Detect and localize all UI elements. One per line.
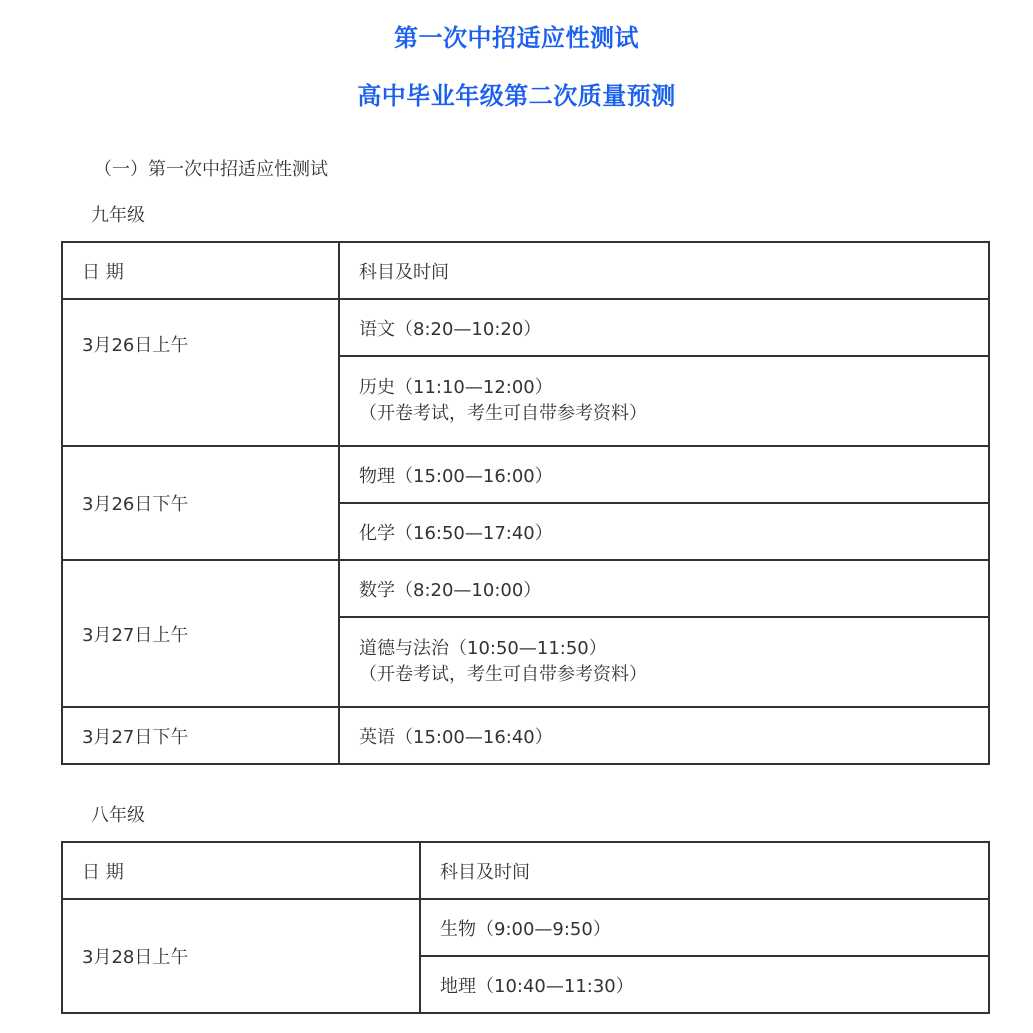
page-title: 第一次中招适应性测试 — [0, 18, 1033, 53]
table-header-row: 日 期 科目及时间 — [62, 842, 989, 899]
subject-cell: 化学（16:50—17:40） — [339, 503, 989, 560]
header-subject: 科目及时间 — [339, 242, 989, 299]
date-cell: 3月28日上午 — [62, 899, 420, 1013]
table-row: 3月26日上午 语文（8:20—10:20） — [62, 299, 989, 356]
subject-cell: 数学（8:20—10:00） — [339, 560, 989, 617]
header-date: 日 期 — [62, 842, 420, 899]
table-row: 3月28日上午 生物（9:00—9:50） — [62, 899, 989, 956]
table-row: 3月27日上午 数学（8:20—10:00） — [62, 560, 989, 617]
subject-cell: 语文（8:20—10:20） — [339, 299, 989, 356]
subject-cell: 生物（9:00—9:50） — [420, 899, 989, 956]
grade8-schedule-table: 日 期 科目及时间 3月28日上午 生物（9:00—9:50） 地理（10:40… — [61, 841, 990, 1014]
grade9-schedule-table: 日 期 科目及时间 3月26日上午 语文（8:20—10:20） 历史（11:1… — [61, 241, 990, 765]
date-cell: 3月27日下午 — [62, 707, 339, 764]
grade9-label: 九年级 — [91, 201, 145, 227]
subject-cell: 物理（15:00—16:00） — [339, 446, 989, 503]
subject-cell: 道德与法治（10:50—11:50） （开卷考试，考生可自带参考资料） — [339, 617, 989, 707]
table-header-row: 日 期 科目及时间 — [62, 242, 989, 299]
subject-cell: 历史（11:10—12:00） （开卷考试，考生可自带参考资料） — [339, 356, 989, 446]
header-date: 日 期 — [62, 242, 339, 299]
subject-cell: 地理（10:40—11:30） — [420, 956, 989, 1013]
grade8-label: 八年级 — [91, 801, 145, 827]
subject-note: （开卷考试，考生可自带参考资料） — [359, 664, 647, 685]
table-row: 3月27日下午 英语（15:00—16:40） — [62, 707, 989, 764]
subject-text: 历史（11:10—12:00） — [359, 377, 553, 398]
date-cell: 3月26日下午 — [62, 446, 339, 560]
date-cell: 3月27日上午 — [62, 560, 339, 707]
table-row: 3月26日下午 物理（15:00—16:00） — [62, 446, 989, 503]
section-heading: （一）第一次中招适应性测试 — [94, 155, 328, 181]
subject-note: （开卷考试，考生可自带参考资料） — [359, 403, 647, 424]
page-subtitle: 高中毕业年级第二次质量预测 — [0, 76, 1033, 111]
date-cell: 3月26日上午 — [62, 299, 339, 446]
header-subject: 科目及时间 — [420, 842, 989, 899]
subject-cell: 英语（15:00—16:40） — [339, 707, 989, 764]
subject-text: 道德与法治（10:50—11:50） — [359, 638, 607, 659]
